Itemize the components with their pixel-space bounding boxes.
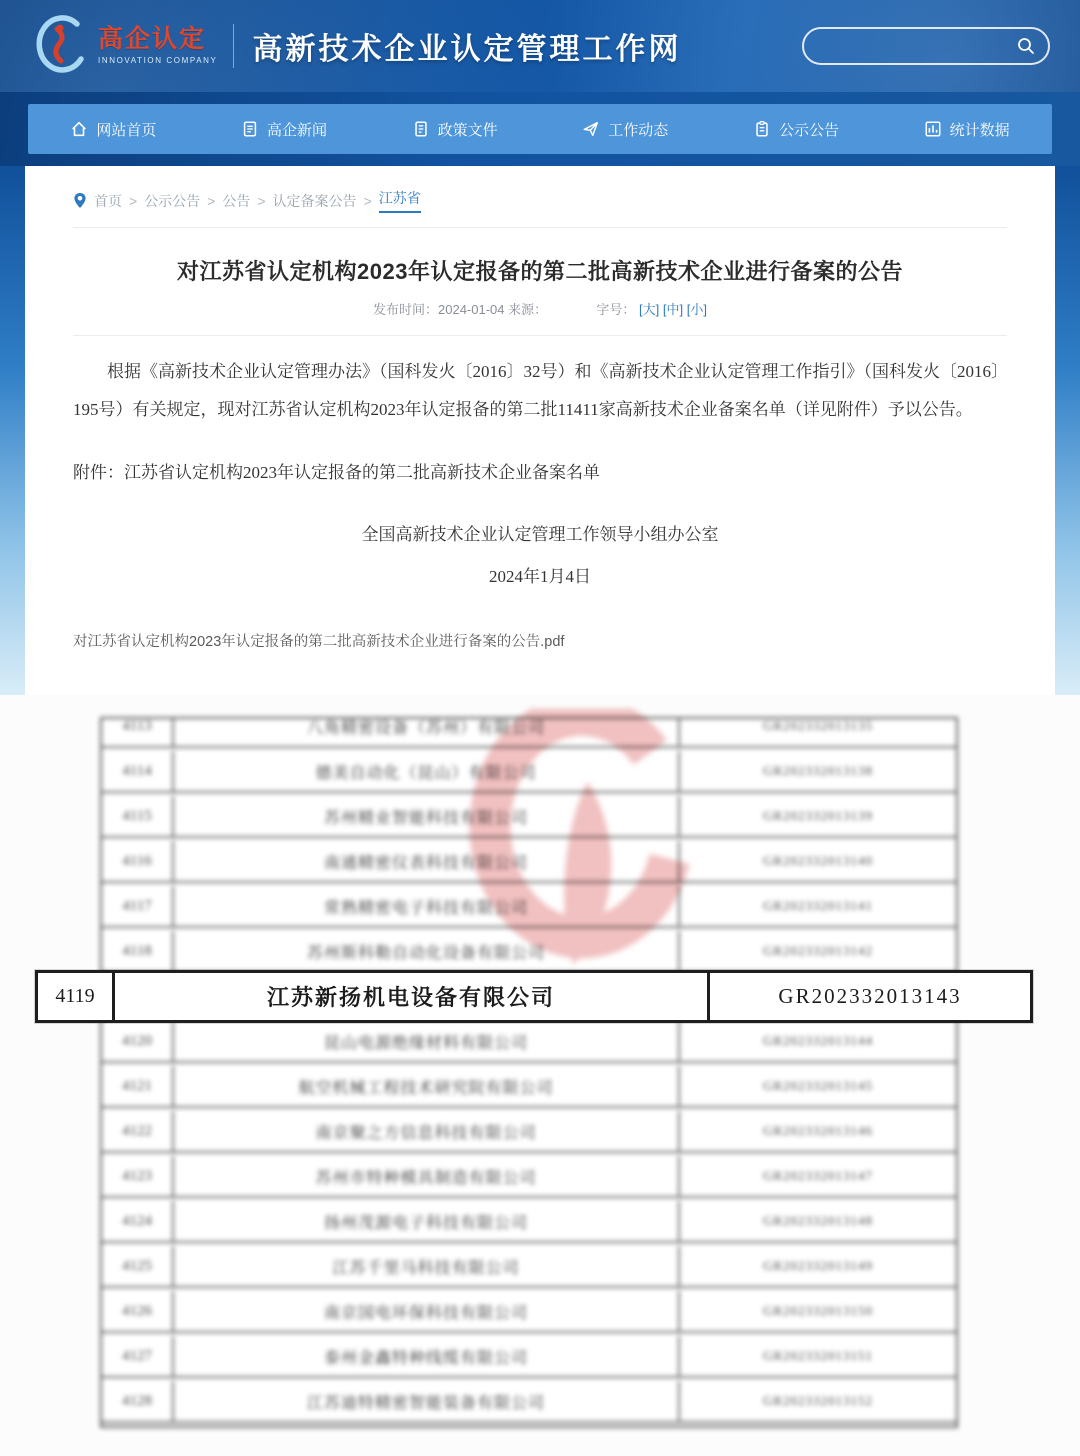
- certificate-code-blurred: GR202332013152: [680, 1381, 956, 1421]
- certificate-code-blurred: GR202332013151: [680, 1336, 956, 1376]
- breadcrumb-gongshi[interactable]: 公示公告: [144, 191, 200, 211]
- signature-date: 2024年1月4日: [73, 562, 1007, 587]
- fontsize-medium-button[interactable]: [中]: [663, 302, 683, 317]
- site-logo[interactable]: 高企认定 INNOVATION COMPANY: [30, 15, 217, 77]
- location-pin-icon: [73, 192, 87, 209]
- article-card: 首页 > 公示公告 > 公告 > 认定备案公告 > 江苏省 对江苏省认定机构20…: [25, 166, 1055, 695]
- nav-label: 网站首页: [96, 119, 156, 140]
- table-row: 4117常熟精密电子科技有限公司GR202332013141: [102, 886, 956, 928]
- row-number: 4113: [102, 717, 174, 746]
- company-name-blurred: 苏州精业智能科技有限公司: [174, 796, 680, 836]
- blurred-table: 4113八角精密设备（苏州）有限公司GR2023320131354114德美自动…: [100, 717, 958, 1428]
- nav-label: 公示公告: [779, 119, 839, 140]
- certificate-code-blurred: GR202332013135: [680, 717, 956, 746]
- table-row: 4126南京国电环保科技有限公司GR202332013150: [102, 1291, 956, 1333]
- rows-below: 4120昆山电源绝缘材料有限公司GR2023320131444121航空机械工程…: [102, 1021, 956, 1423]
- row-number: 4117: [102, 886, 174, 926]
- nav-label: 政策文件: [438, 119, 498, 140]
- search-input[interactable]: [816, 38, 1016, 54]
- breadcrumb-gonggao[interactable]: 公告: [222, 191, 250, 211]
- company-name-blurred: 八角精密设备（苏州）有限公司: [174, 717, 680, 746]
- source-label: 来源：: [508, 302, 547, 317]
- company-name-blurred: 苏州市特种模具制造有限公司: [174, 1156, 680, 1196]
- company-name: 江苏新扬机电设备有限公司: [115, 973, 710, 1020]
- main-nav: 网站首页 高企新闻 政策文件 工作动态: [28, 104, 1052, 154]
- certificate-code-blurred: GR202332013147: [680, 1156, 956, 1196]
- certificate-code-blurred: GR202332013140: [680, 841, 956, 881]
- row-number: 4121: [102, 1066, 174, 1106]
- company-name-blurred: 昆山电源绝缘材料有限公司: [174, 1021, 680, 1061]
- nav-item-home[interactable]: 网站首页: [60, 113, 166, 146]
- row-number: 4115: [102, 796, 174, 836]
- certificate-code-blurred: GR202332013144: [680, 1021, 956, 1061]
- table-row: 4115苏州精业智能科技有限公司GR202332013139: [102, 796, 956, 838]
- logo-text-block: 高企认定 INNOVATION COMPANY: [98, 27, 217, 65]
- dynamics-icon: [582, 120, 600, 138]
- company-name-blurred: 航空机械工程技术研究院有限公司: [174, 1066, 680, 1106]
- nav-item-dynamics[interactable]: 工作动态: [572, 113, 678, 146]
- fontsize-label: 字号：: [596, 302, 635, 317]
- company-name-blurred: 扬州茂源电子科技有限公司: [174, 1201, 680, 1241]
- row-number: 4114: [102, 751, 174, 791]
- row-number: 4119: [38, 973, 115, 1020]
- fontsize-small-button[interactable]: [小]: [687, 302, 707, 317]
- nav-label: 工作动态: [608, 119, 668, 140]
- logo-text: 高企认定: [98, 27, 217, 52]
- site-header: 高企认定 INNOVATION COMPANY 高新技术企业认定管理工作网: [0, 0, 1080, 92]
- article-paragraph: 根据《高新技术企业认定管理办法》（国科发火〔2016〕32号）和《高新技术企业认…: [73, 353, 1007, 429]
- row-number: 4122: [102, 1111, 174, 1151]
- row-number: 4126: [102, 1291, 174, 1331]
- certificate-code-blurred: GR202332013138: [680, 751, 956, 791]
- certificate-code-blurred: GR202332013142: [680, 931, 956, 971]
- company-name-blurred: 南京聚之方信息科技有限公司: [174, 1111, 680, 1151]
- nav-item-stats[interactable]: 统计数据: [914, 113, 1020, 146]
- table-row: 4120昆山电源绝缘材料有限公司GR202332013144: [102, 1021, 956, 1063]
- company-name-blurred: 泰州金鑫特种线缆有限公司: [174, 1336, 680, 1376]
- stats-icon: [924, 120, 942, 138]
- row-number: 4118: [102, 931, 174, 971]
- highlighted-table-row: 4119 江苏新扬机电设备有限公司 GR202332013143: [35, 970, 1033, 1023]
- breadcrumb-rending[interactable]: 认定备案公告: [273, 191, 357, 211]
- company-name-blurred: 德美自动化（昆山）有限公司: [174, 751, 680, 791]
- row-number: 4124: [102, 1201, 174, 1241]
- row-number: 4125: [102, 1246, 174, 1286]
- row-number: 4128: [102, 1381, 174, 1421]
- breadcrumb-separator: >: [257, 193, 265, 209]
- certificate-code-blurred: GR202332013141: [680, 886, 956, 926]
- divider: [73, 335, 1007, 336]
- company-name-blurred: 南通精密仪表科技有限公司: [174, 841, 680, 881]
- article-band: 首页 > 公示公告 > 公告 > 认定备案公告 > 江苏省 对江苏省认定机构20…: [0, 166, 1080, 695]
- publish-label: 发布时间：: [373, 302, 438, 317]
- certificate-code-blurred: GR202332013149: [680, 1246, 956, 1286]
- logo-subtext: INNOVATION COMPANY: [98, 56, 217, 65]
- breadcrumb-separator: >: [364, 193, 372, 209]
- table-row: 4118苏州斯科勒自动化设备有限公司GR202332013142: [102, 931, 956, 973]
- certificate-code-blurred: GR202332013146: [680, 1111, 956, 1151]
- nav-band: 网站首页 高企新闻 政策文件 工作动态: [0, 92, 1080, 166]
- certificate-code: GR202332013143: [710, 973, 1030, 1020]
- breadcrumb-home[interactable]: 首页: [94, 191, 122, 211]
- site-title: 高新技术企业认定管理工作网: [252, 24, 681, 68]
- table-row: 4128江苏迪特精密智能装备有限公司GR202332013152: [102, 1381, 956, 1423]
- certificate-code-blurred: GR202332013150: [680, 1291, 956, 1331]
- row-number: 4116: [102, 841, 174, 881]
- nav-item-news[interactable]: 高企新闻: [231, 113, 337, 146]
- nav-item-notice[interactable]: 公示公告: [743, 113, 849, 146]
- policy-icon: [412, 120, 430, 138]
- home-icon: [70, 120, 88, 138]
- row-number: 4123: [102, 1156, 174, 1196]
- nav-label: 统计数据: [950, 119, 1010, 140]
- breadcrumb-jiangsu[interactable]: 江苏省: [379, 188, 421, 213]
- article-body: 根据《高新技术企业认定管理办法》（国科发火〔2016〕32号）和《高新技术企业认…: [73, 353, 1007, 587]
- table-row: 4113八角精密设备（苏州）有限公司GR202332013135: [102, 717, 956, 748]
- search-icon[interactable]: [1016, 36, 1036, 56]
- header-divider: [233, 24, 234, 68]
- news-icon: [241, 120, 259, 138]
- table-row: 4114德美自动化（昆山）有限公司GR202332013138: [102, 751, 956, 793]
- logo-swirl-icon: [30, 15, 88, 77]
- article-title: 对江苏省认定机构2023年认定报备的第二批高新技术企业进行备案的公告: [73, 255, 1007, 286]
- company-name-blurred: 南京国电环保科技有限公司: [174, 1291, 680, 1331]
- company-name-blurred: 常熟精密电子科技有限公司: [174, 886, 680, 926]
- pdf-attachment-link[interactable]: 对江苏省认定机构2023年认定报备的第二批高新技术企业进行备案的公告.pdf: [73, 630, 1007, 651]
- breadcrumb-separator: >: [207, 193, 215, 209]
- nav-label: 高企新闻: [267, 119, 327, 140]
- row-number: 4127: [102, 1336, 174, 1376]
- publish-date: 2024-01-04: [438, 302, 505, 317]
- table-row: 4116南通精密仪表科技有限公司GR202332013140: [102, 841, 956, 883]
- table-row: 4122南京聚之方信息科技有限公司GR202332013146: [102, 1111, 956, 1153]
- table-row: 4127泰州金鑫特种线缆有限公司GR202332013151: [102, 1336, 956, 1378]
- divider: [73, 227, 1007, 228]
- company-name-blurred: 江苏迪特精密智能装备有限公司: [174, 1381, 680, 1421]
- breadcrumb-separator: >: [129, 193, 137, 209]
- company-name-blurred: 江苏千里马科技有限公司: [174, 1246, 680, 1286]
- rows-above: 4113八角精密设备（苏州）有限公司GR2023320131354114德美自动…: [102, 717, 956, 973]
- table-row: 4124扬州茂源电子科技有限公司GR202332013148: [102, 1201, 956, 1243]
- search-box[interactable]: [802, 27, 1050, 65]
- table-photo-section: 4113八角精密设备（苏州）有限公司GR2023320131354114德美自动…: [0, 695, 1080, 1456]
- row-number: 4120: [102, 1021, 174, 1061]
- certificate-code-blurred: GR202332013148: [680, 1201, 956, 1241]
- table-row: 4123苏州市特种模具制造有限公司GR202332013147: [102, 1156, 956, 1198]
- notice-icon: [753, 120, 771, 138]
- table-row: 4121航空机械工程技术研究院有限公司GR202332013145: [102, 1066, 956, 1108]
- fontsize-large-button[interactable]: [大]: [639, 302, 659, 317]
- certificate-code-blurred: GR202332013139: [680, 796, 956, 836]
- company-name-blurred: 苏州斯科勒自动化设备有限公司: [174, 931, 680, 971]
- nav-item-policy[interactable]: 政策文件: [402, 113, 508, 146]
- article-meta: 发布时间：2024-01-04 来源： 字号： [大] [中] [小]: [73, 299, 1007, 318]
- signature: 全国高新技术企业认定管理工作领导小组办公室: [73, 520, 1007, 545]
- certificate-code-blurred: GR202332013145: [680, 1066, 956, 1106]
- breadcrumb: 首页 > 公示公告 > 公告 > 认定备案公告 > 江苏省: [73, 188, 1007, 213]
- attachment-line: 附件：江苏省认定机构2023年认定报备的第二批高新技术企业备案名单: [73, 458, 1007, 483]
- table-row: 4125江苏千里马科技有限公司GR202332013149: [102, 1246, 956, 1288]
